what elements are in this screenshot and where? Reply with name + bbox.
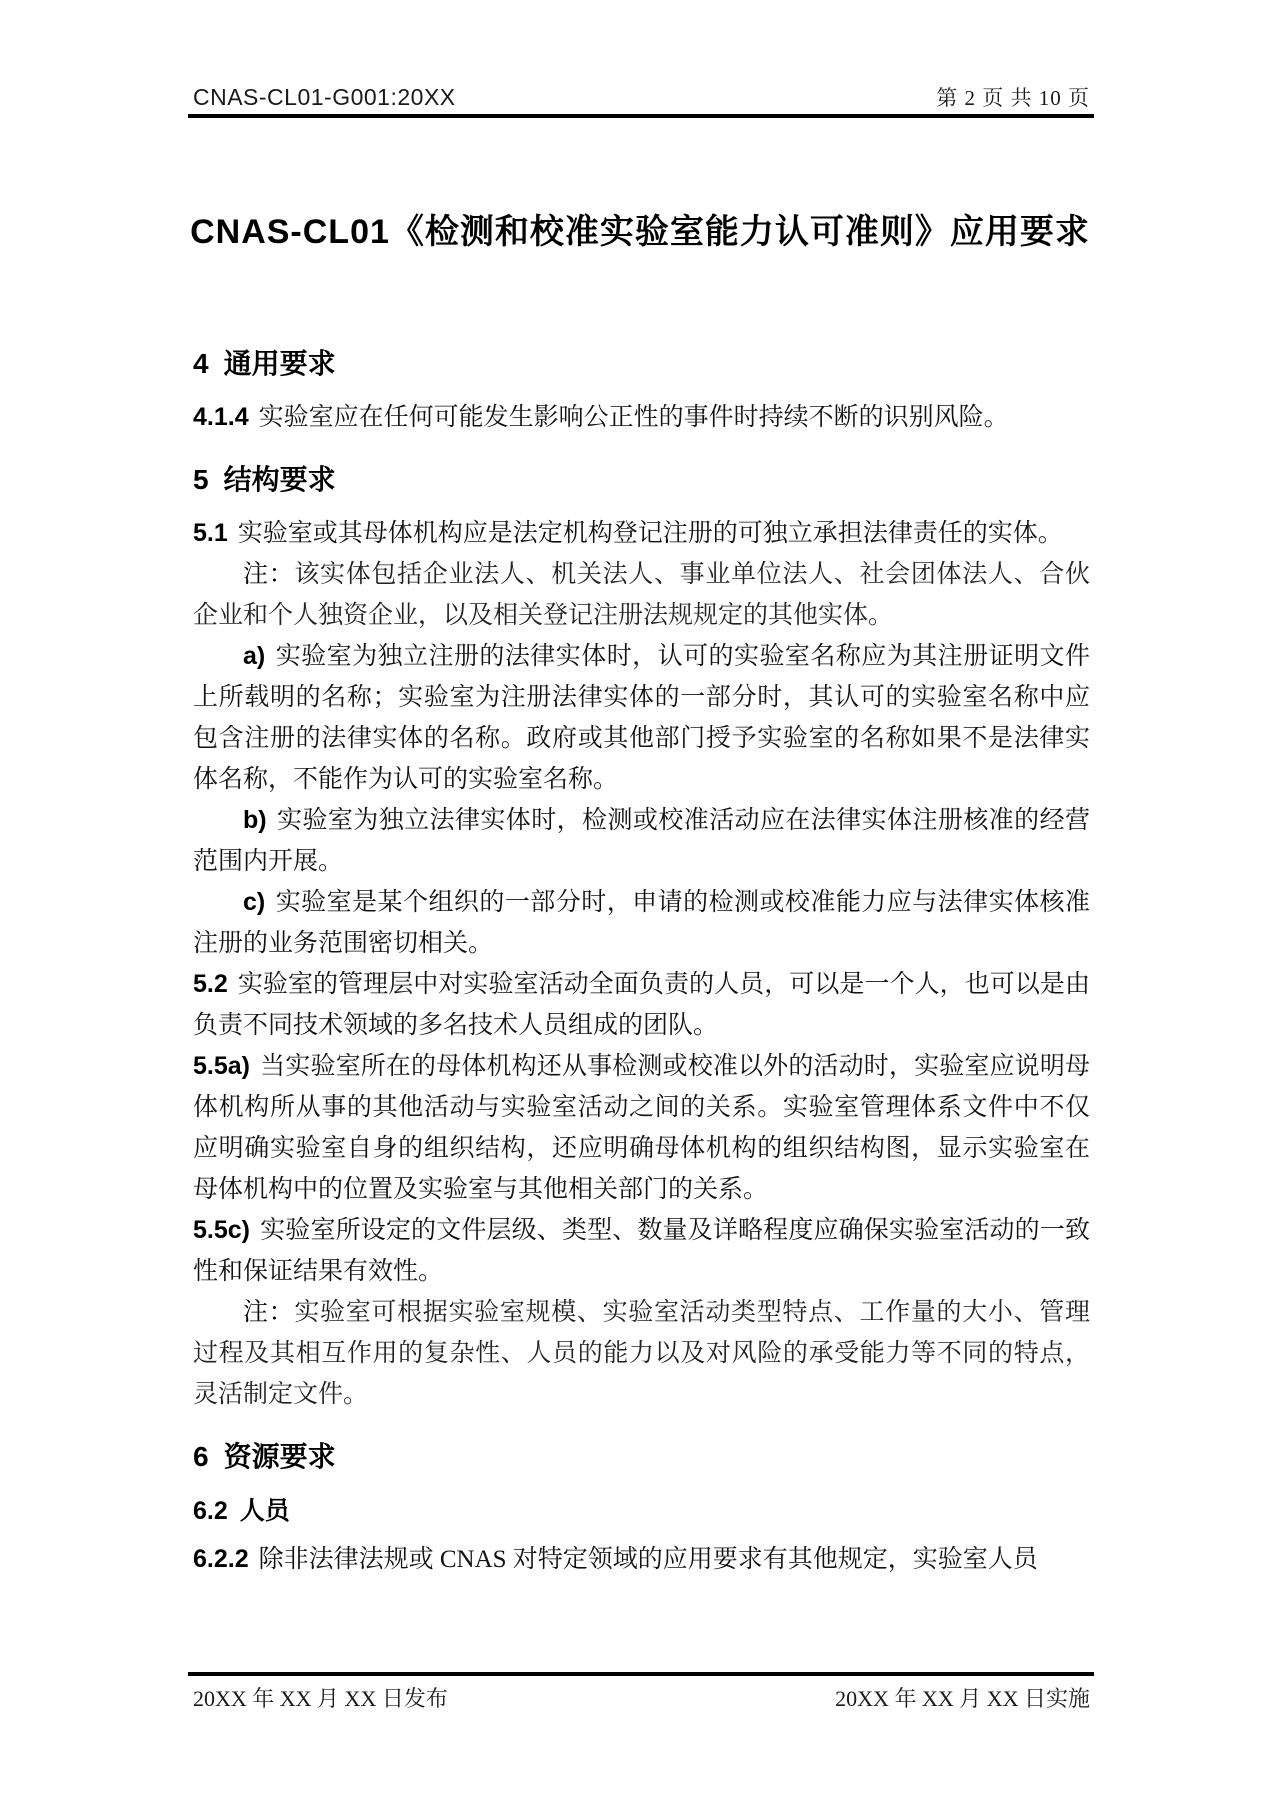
clause-number: 5.5a) [193, 1052, 250, 1080]
document-page: CNAS-CL01-G001:20XX 第 2 页 共 10 页 CNAS-CL… [0, 0, 1280, 1810]
note-text: 该实体包括企业法人、机关法人、事业单位法人、社会团体法人、合伙企业和个人独资企业… [193, 561, 1090, 629]
item-label: b) [243, 806, 267, 834]
section-number: 6 [193, 1441, 209, 1472]
section-title: 资源要求 [224, 1441, 336, 1472]
clause-5-5a: 5.5a)当实验室所在的母体机构还从事检测或校准以外的活动时，实验室应说明母体机… [193, 1046, 1090, 1210]
header-divider [188, 114, 1094, 118]
item-label: a) [243, 642, 265, 670]
item-text: 实验室为独立注册的法律实体时，认可的实验室名称应为其注册证明文件上所载明的名称；… [193, 643, 1090, 793]
clause-text: 实验室应在任何可能发生影响公正性的事件时持续不断的识别风险。 [259, 404, 1009, 431]
list-item-c: c)实验室是某个组织的一部分时，申请的检测或校准能力应与法律实体核准注册的业务范… [193, 882, 1090, 964]
clause-6-2-2: 6.2.2除非法律法规或 CNAS 对特定领域的应用要求有其他规定，实验室人员 [193, 1539, 1090, 1580]
section-heading-6: 6资源要求 [193, 1439, 1090, 1475]
section-number: 5 [193, 464, 209, 495]
clause-text: 当实验室所在的母体机构还从事检测或校准以外的活动时，实验室应说明母体机构所从事的… [193, 1053, 1090, 1203]
clause-5-1: 5.1实验室或其母体机构应是法定机构登记注册的可独立承担法律责任的实体。 [193, 513, 1090, 554]
clause-5-5c: 5.5c)实验室所设定的文件层级、类型、数量及详略程度应确保实验室活动的一致性和… [193, 1210, 1090, 1292]
item-text: 实验室为独立法律实体时，检测或校准活动应在法律实体注册核准的经营范围内开展。 [193, 807, 1090, 875]
clause-number: 4.1.4 [193, 403, 249, 431]
clause-text: 除非法律法规或 CNAS 对特定领域的应用要求有其他规定，实验室人员 [259, 1546, 1038, 1573]
note-clause-5-5c: 注：实验室可根据实验室规模、实验室活动类型特点、工作量的大小、管理过程及其相互作… [193, 1292, 1090, 1415]
section-title: 通用要求 [224, 348, 336, 379]
item-label: c) [243, 888, 265, 916]
list-item-a: a)实验室为独立注册的法律实体时，认可的实验室名称应为其注册证明文件上所载明的名… [193, 636, 1090, 800]
release-date: 20XX 年 XX 月 XX 日发布 [193, 1682, 448, 1713]
page-header: CNAS-CL01-G001:20XX 第 2 页 共 10 页 [193, 82, 1090, 112]
clause-number: 5.5c) [193, 1216, 250, 1244]
page-number-info: 第 2 页 共 10 页 [936, 82, 1090, 112]
section-title: 结构要求 [224, 464, 336, 495]
section-number: 4 [193, 348, 209, 379]
page-footer: 20XX 年 XX 月 XX 日发布 20XX 年 XX 月 XX 日实施 [193, 1682, 1090, 1713]
clause-text: 实验室的管理层中对实验室活动全面负责的人员，可以是一个人，也可以是由负责不同技术… [193, 971, 1090, 1039]
document-body: 4通用要求 4.1.4实验室应在任何可能发生影响公正性的事件时持续不断的识别风险… [193, 346, 1090, 1580]
implementation-date: 20XX 年 XX 月 XX 日实施 [835, 1682, 1090, 1713]
clause-number: 6.2.2 [193, 1545, 249, 1573]
list-item-b: b)实验室为独立法律实体时，检测或校准活动应在法律实体注册核准的经营范围内开展。 [193, 800, 1090, 882]
note-label: 注： [243, 1299, 294, 1326]
note-clause-5-1: 注：该实体包括企业法人、机关法人、事业单位法人、社会团体法人、合伙企业和个人独资… [193, 554, 1090, 636]
document-code: CNAS-CL01-G001:20XX [193, 84, 456, 111]
clause-4-1-4: 4.1.4实验室应在任何可能发生影响公正性的事件时持续不断的识别风险。 [193, 397, 1090, 438]
section-heading-4: 4通用要求 [193, 346, 1090, 382]
footer-divider [188, 1672, 1094, 1676]
clause-number: 5.1 [193, 519, 228, 547]
subsection-number: 6.2 [193, 1497, 228, 1525]
document-title: CNAS-CL01《检测和校准实验室能力认可准则》应用要求 [80, 204, 1200, 253]
clause-text: 实验室所设定的文件层级、类型、数量及详略程度应确保实验室活动的一致性和保证结果有… [193, 1217, 1090, 1285]
clause-text: 实验室或其母体机构应是法定机构登记注册的可独立承担法律责任的实体。 [238, 520, 1063, 547]
clause-number: 5.2 [193, 970, 228, 998]
section-heading-5: 5结构要求 [193, 462, 1090, 498]
subsection-heading-6-2: 6.2人员 [193, 1495, 1090, 1527]
clause-5-2: 5.2实验室的管理层中对实验室活动全面负责的人员，可以是一个人，也可以是由负责不… [193, 964, 1090, 1046]
note-label: 注： [243, 561, 294, 588]
subsection-title: 人员 [240, 1497, 290, 1525]
note-text: 实验室可根据实验室规模、实验室活动类型特点、工作量的大小、管理过程及其相互作用的… [193, 1299, 1090, 1408]
item-text: 实验室是某个组织的一部分时，申请的检测或校准能力应与法律实体核准注册的业务范围密… [193, 889, 1090, 957]
